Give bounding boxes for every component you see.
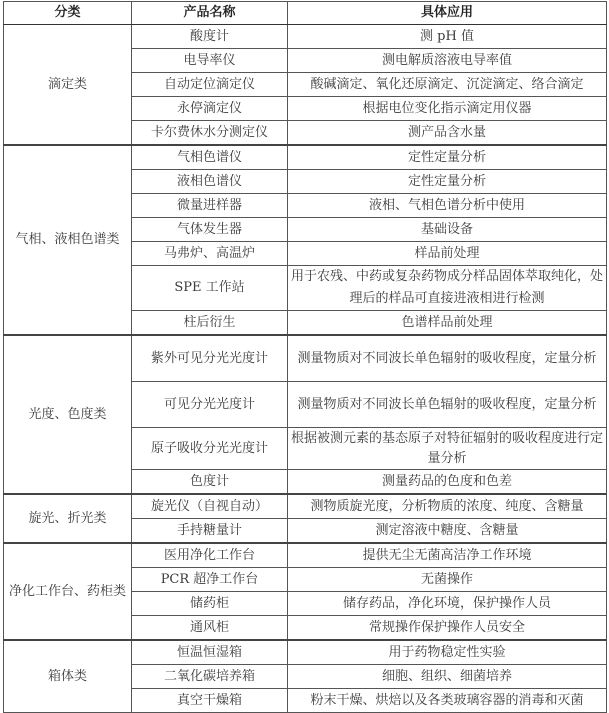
- product-cell: 电导率仪: [132, 49, 288, 73]
- application-cell: 测量药品的色度和色差: [288, 470, 607, 495]
- category-cell: 光度、色度类: [4, 335, 132, 494]
- header-application: 具体应用: [288, 2, 607, 25]
- category-cell: 气相、液相色谱类: [4, 145, 132, 335]
- product-cell: 柱后衍生: [132, 311, 288, 336]
- product-cell: 二氧化碳培养箱: [132, 665, 288, 689]
- product-cell: 恒温恒湿箱: [132, 640, 288, 665]
- product-cell: PCR 超净工作台: [132, 568, 288, 592]
- product-cell: 微量进样器: [132, 194, 288, 218]
- application-cell: 基础设备: [288, 218, 607, 242]
- application-cell: 测量物质对不同波长单色辐射的吸收程度，定量分析: [288, 382, 607, 428]
- product-cell: 气体发生器: [132, 218, 288, 242]
- application-cell: 储存药品，净化环境，保护操作人员: [288, 592, 607, 616]
- application-cell: 用于农残、中药或复杂药物成分样品固体萃取纯化，处理后的样品可直接进液相进行检测: [288, 266, 607, 311]
- product-cell: 马弗炉、高温炉: [132, 242, 288, 266]
- header-product: 产品名称: [132, 2, 288, 25]
- product-cell: 储药柜: [132, 592, 288, 616]
- application-cell: 用于药物稳定性实验: [288, 640, 607, 665]
- category-cell: 净化工作台、药柜类: [4, 543, 132, 640]
- application-cell: 色谱样品前处理: [288, 311, 607, 336]
- table-row: 滴定类 酸度计 测 pH 值: [4, 25, 607, 49]
- product-cell: SPE 工作站: [132, 266, 288, 311]
- table-row: 净化工作台、药柜类 医用净化工作台 提供无尘无菌高洁净工作环境: [4, 543, 607, 568]
- product-cell: 卡尔费休水分测定仪: [132, 121, 288, 146]
- application-cell: 无菌操作: [288, 568, 607, 592]
- instrument-table: 分类 产品名称 具体应用 滴定类 酸度计 测 pH 值 电导率仪 测电解质溶液电…: [3, 1, 607, 703]
- category-cell: 旋光、折光类: [4, 494, 132, 543]
- table-row: 气相、液相色谱类 气相色谱仪 定性定量分析: [4, 145, 607, 170]
- application-cell: 根据被测元素的基态原子对特征辐射的吸收程度进行定量分析: [288, 428, 607, 470]
- application-cell: 根据电位变化指示滴定用仪器: [288, 97, 607, 121]
- application-cell: 测量物质对不同波长单色辐射的吸收程度，定量分析: [288, 335, 607, 382]
- product-cell: 酸度计: [132, 25, 288, 49]
- application-cell: 测电解质溶液电导率值: [288, 49, 607, 73]
- application-cell: 常规操作保护操作人员安全: [288, 616, 607, 641]
- application-cell: 提供无尘无菌高洁净工作环境: [288, 543, 607, 568]
- application-cell: 定性定量分析: [288, 145, 607, 170]
- product-cell: 真空干燥箱: [132, 689, 288, 704]
- table-row: 光度、色度类 紫外可见分光光度计 测量物质对不同波长单色辐射的吸收程度，定量分析: [4, 335, 607, 382]
- application-cell: 定性定量分析: [288, 170, 607, 194]
- product-cell: 可见分光光度计: [132, 382, 288, 428]
- product-cell: 自动定位滴定仪: [132, 73, 288, 97]
- header-row: 分类 产品名称 具体应用: [4, 2, 607, 25]
- application-cell: 测定溶液中糖度、含糖量: [288, 519, 607, 544]
- category-cell: 滴定类: [4, 25, 132, 146]
- table-row: 旋光、折光类 旋光仪（自视自动） 测物质旋光度，分析物质的浓度、纯度、含糖量: [4, 494, 607, 519]
- header-category: 分类: [4, 2, 132, 25]
- application-cell: 酸碱滴定、氧化还原滴定、沉淀滴定、络合滴定: [288, 73, 607, 97]
- product-cell: 液相色谱仪: [132, 170, 288, 194]
- product-cell: 永停滴定仪: [132, 97, 288, 121]
- product-cell: 气相色谱仪: [132, 145, 288, 170]
- table-row: 箱体类 恒温恒湿箱 用于药物稳定性实验: [4, 640, 607, 665]
- application-cell: 细胞、组织、细菌培养: [288, 665, 607, 689]
- product-cell: 紫外可见分光光度计: [132, 335, 288, 382]
- application-cell: 测 pH 值: [288, 25, 607, 49]
- application-cell: 液相、气相色谱分析中使用: [288, 194, 607, 218]
- product-cell: 通风柜: [132, 616, 288, 641]
- application-cell: 粉末干燥、烘焙以及各类玻璃容器的消毒和灭菌: [288, 689, 607, 704]
- application-cell: 样品前处理: [288, 242, 607, 266]
- product-cell: 旋光仪（自视自动）: [132, 494, 288, 519]
- product-cell: 手持糖量计: [132, 519, 288, 544]
- product-cell: 色度计: [132, 470, 288, 495]
- application-cell: 测物质旋光度，分析物质的浓度、纯度、含糖量: [288, 494, 607, 519]
- product-cell: 医用净化工作台: [132, 543, 288, 568]
- product-cell: 原子吸收分光光度计: [132, 428, 288, 470]
- application-cell: 测产品含水量: [288, 121, 607, 146]
- category-cell: 箱体类: [4, 640, 132, 703]
